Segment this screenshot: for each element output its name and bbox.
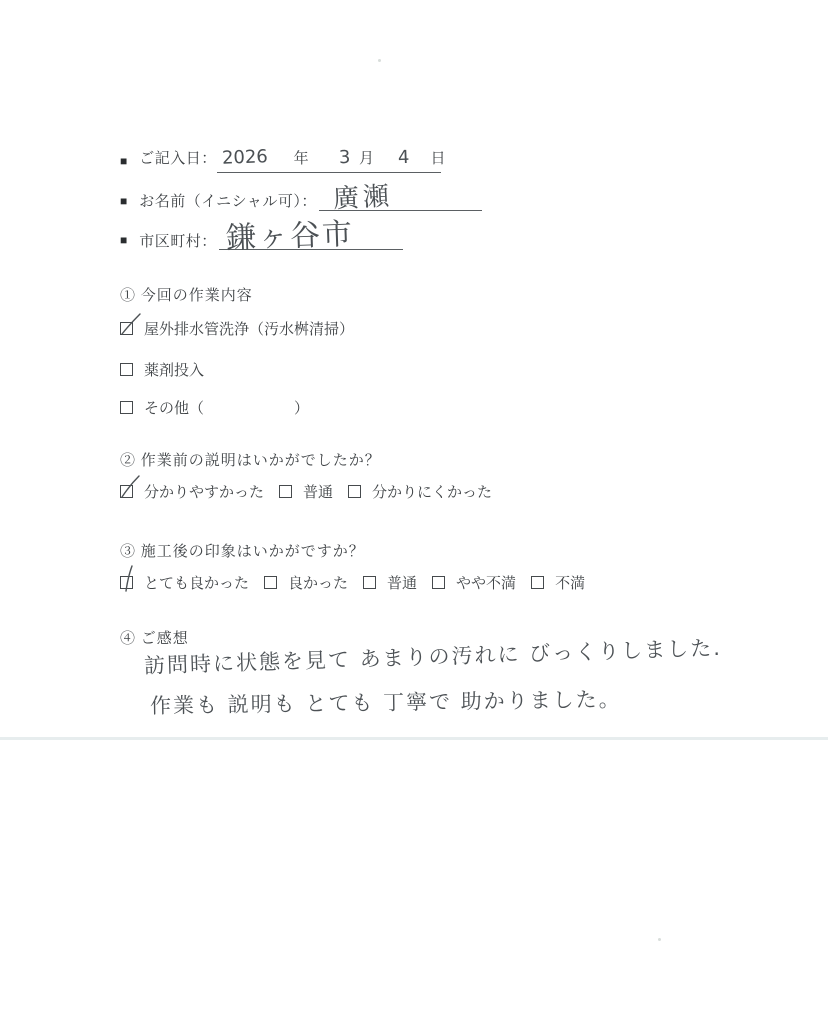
q1-option-label: その他（ ） <box>144 397 309 418</box>
handwritten-check-icon <box>116 475 144 503</box>
scanned-feedback-form: ■ ご記入日： 2026 年 3 月 4 日 ■ お名前（イニシャル可）： 廣瀬… <box>0 0 828 1024</box>
name-row: ■ お名前（イニシャル可）： 廣瀬 <box>120 188 482 213</box>
scan-fold-line <box>0 737 828 740</box>
q3-option-label: 普通 <box>387 572 417 593</box>
q1-option-row-1: 屋外排水管洗浄（汚水桝清掃） <box>120 318 354 339</box>
checkbox <box>363 576 376 589</box>
q2-option: 普通 <box>279 481 333 502</box>
comment-handwritten-line-1: 訪問時に状態を見て あまりの汚れに びっくりしました. <box>144 632 723 680</box>
checkbox <box>120 576 133 589</box>
q3-option-label: 不満 <box>555 572 585 593</box>
date-label: ご記入日： <box>139 148 217 170</box>
q2-title: ② 作業前の説明はいかがでしたか？ <box>120 449 381 470</box>
handwritten-check-icon <box>116 312 144 340</box>
city-label: 市区町村： <box>139 231 217 253</box>
q1-option-label: 屋外排水管洗浄（汚水桝清掃） <box>144 318 354 339</box>
checkbox <box>120 363 133 376</box>
name-handwritten: 廣瀬 <box>332 186 393 209</box>
checkbox <box>432 576 445 589</box>
checkbox <box>120 401 133 414</box>
q2-option-label: 普通 <box>303 481 333 502</box>
date-underline-field: 2026 年 3 月 4 日 <box>217 148 441 173</box>
q1-title: ① 今回の作業内容 <box>120 284 253 305</box>
q3-option-label: やや不満 <box>456 572 516 593</box>
checkbox <box>120 322 133 335</box>
q1-option-label: 薬剤投入 <box>144 359 204 380</box>
q3-option: 普通 <box>363 572 417 593</box>
q3-title: ③ 施工後の印象はいかがですか？ <box>120 540 365 561</box>
city-row: ■ 市区町村： 鎌ヶ谷市 <box>120 227 403 253</box>
q3-option: とても良かった <box>120 572 249 593</box>
square-bullet-icon: ■ <box>120 229 127 251</box>
city-handwritten: 鎌ヶ谷市 <box>225 225 354 249</box>
checkbox <box>120 485 133 498</box>
name-label: お名前（イニシャル可）： <box>139 191 317 213</box>
q2-option: 分かりやすかった <box>120 481 264 502</box>
name-underline-field: 廣瀬 <box>319 188 482 211</box>
q3-option: 良かった <box>264 572 348 593</box>
q2-options-row: 分かりやすかった 普通 分かりにくかった <box>120 481 492 502</box>
q3-option-label: 良かった <box>288 572 348 593</box>
checkbox <box>531 576 544 589</box>
q1-option-row-2: 薬剤投入 <box>120 359 204 380</box>
q3-options-row: とても良かった 良かった 普通 やや不満 不満 <box>120 572 585 593</box>
checkbox <box>279 485 292 498</box>
q4-title: ④ ご感想 <box>120 627 189 648</box>
date-month-handwritten: 3 <box>338 149 350 167</box>
scan-speck <box>658 938 661 941</box>
day-unit: 日 <box>431 148 446 170</box>
date-year-handwritten: 2026 <box>221 148 267 168</box>
q3-option: やや不満 <box>432 572 516 593</box>
q1-option-row-3: その他（ ） <box>120 397 309 418</box>
scan-speck <box>378 59 381 62</box>
handwritten-check-icon <box>116 566 144 594</box>
square-bullet-icon: ■ <box>120 190 127 212</box>
q3-option: 不満 <box>531 572 585 593</box>
month-unit: 月 <box>359 148 374 170</box>
date-day-handwritten: 4 <box>398 149 410 167</box>
date-row: ■ ご記入日： 2026 年 3 月 4 日 <box>120 148 441 173</box>
q3-option-label: とても良かった <box>144 572 249 593</box>
square-bullet-icon: ■ <box>120 150 127 172</box>
q2-option-label: 分かりにくかった <box>372 481 492 502</box>
q2-option: 分かりにくかった <box>348 481 492 502</box>
city-underline-field: 鎌ヶ谷市 <box>219 227 403 250</box>
checkbox <box>348 485 361 498</box>
comment-handwritten-line-2: 作業も 説明も とても 丁寧で 助かりました。 <box>150 683 622 720</box>
checkbox <box>264 576 277 589</box>
q2-option-label: 分かりやすかった <box>144 481 264 502</box>
year-unit: 年 <box>294 148 309 170</box>
